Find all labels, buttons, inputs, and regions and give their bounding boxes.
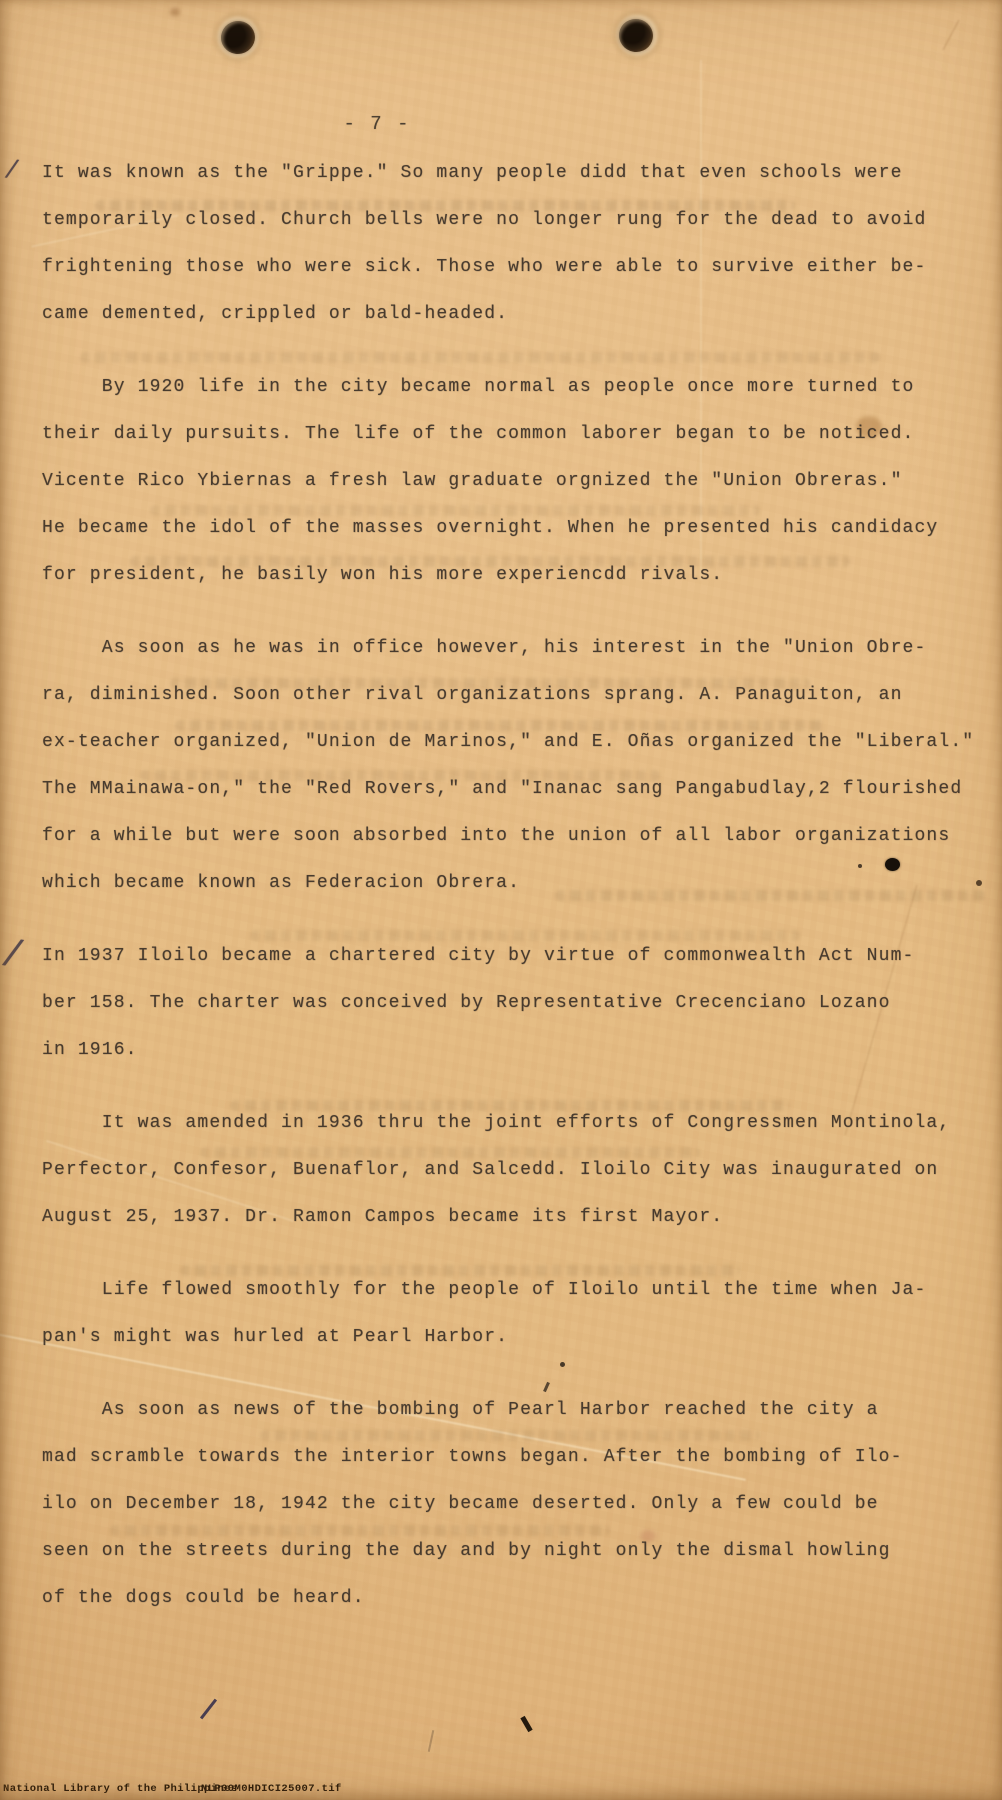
ink-speck-right <box>976 880 982 886</box>
typed-paragraph-charter-amended: It was amended in 1936 thru the joint ef… <box>42 1100 978 1241</box>
ink-dot <box>885 858 900 871</box>
scanned-document-page: - 7 - / / It was known as the "Grippe." … <box>0 0 1002 1800</box>
margin-slash-mark-top: / <box>3 157 21 184</box>
crease-top-right <box>942 20 960 51</box>
typed-paragraph-chartered-city: In 1937 Iloilo became a chartered city b… <box>42 933 978 1074</box>
small-speck-top <box>170 8 180 16</box>
typed-paragraph-city-deserted: As soon as news of the bombing of Pearl … <box>42 1387 978 1622</box>
ink-speck <box>858 864 862 868</box>
page-number: - 7 - <box>322 113 432 135</box>
ink-squiggle-bottom <box>520 1716 532 1732</box>
ink-speck-center <box>560 1362 565 1367</box>
pencil-stroke-bottom-left <box>200 1699 217 1720</box>
typed-text-block: It was known as the "Grippe." So many pe… <box>42 150 978 1648</box>
scan-footer: National Library of the Philippines NLP0… <box>3 1783 993 1795</box>
scan-filename-label: NLP00M0HDICI25007.tif <box>201 1783 342 1795</box>
typed-paragraph-grippe: It was known as the "Grippe." So many pe… <box>42 150 978 338</box>
margin-slash-mark-middle: / <box>0 937 26 978</box>
typed-paragraph-1920-union-obreras: By 1920 life in the city became normal a… <box>42 364 978 599</box>
typed-paragraph-pearl-harbor: Life flowed smoothly for the people of I… <box>42 1267 978 1361</box>
typed-paragraph-rival-organizations: As soon as he was in office however, his… <box>42 625 978 907</box>
faint-scratch-bottom <box>428 1730 435 1752</box>
